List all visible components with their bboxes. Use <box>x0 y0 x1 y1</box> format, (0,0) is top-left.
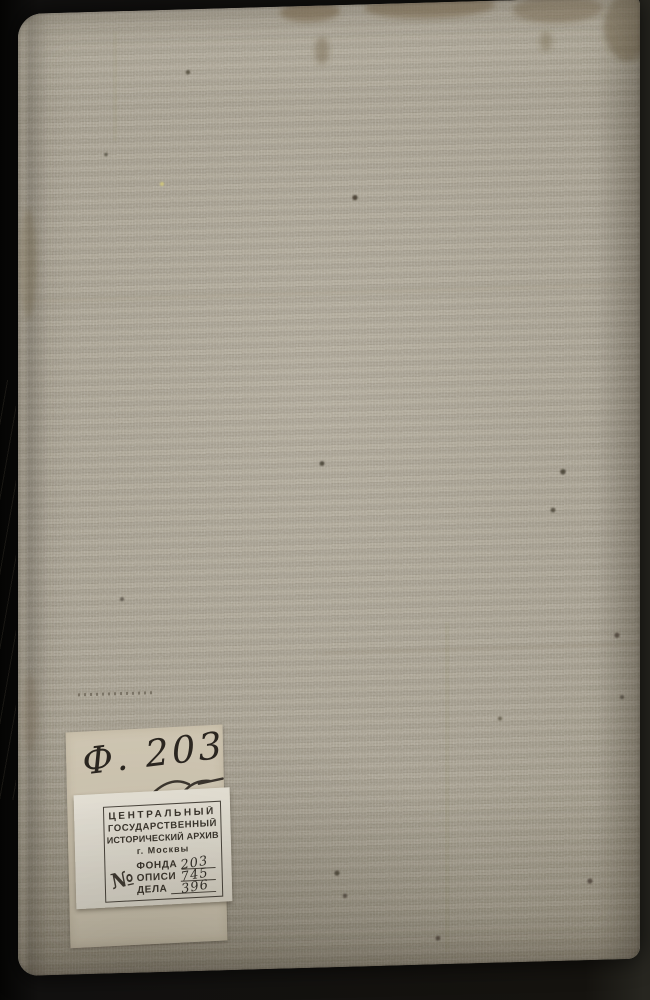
stamp-field-rows: ФОНДА 203 ОПИСИ 745 ДЕЛА 396 <box>134 855 216 898</box>
stamp-border-box: ЦЕНТРАЛЬНЫЙ ГОСУДАРСТВЕННЫЙ ИСТОРИЧЕСКИЙ… <box>103 801 223 903</box>
field-value-delo: 396 <box>180 877 210 897</box>
perforation-dots <box>78 691 152 696</box>
field-label-delo: ДЕЛА <box>137 883 168 896</box>
stamp-fields: № ФОНДА 203 ОПИСИ 745 <box>109 855 216 900</box>
photo-background: Ф. 203 ЦЕНТРАЛЬНЫЙ ГОСУДАРСТВЕННЫЙ ИСТОР… <box>0 0 650 1000</box>
archive-stamp-label: ЦЕНТРАЛЬНЫЙ ГОСУДАРСТВЕННЫЙ ИСТОРИЧЕСКИЙ… <box>74 787 233 909</box>
book-cover: Ф. 203 ЦЕНТРАЛЬНЫЙ ГОСУДАРСТВЕННЫЙ ИСТОР… <box>18 0 640 976</box>
